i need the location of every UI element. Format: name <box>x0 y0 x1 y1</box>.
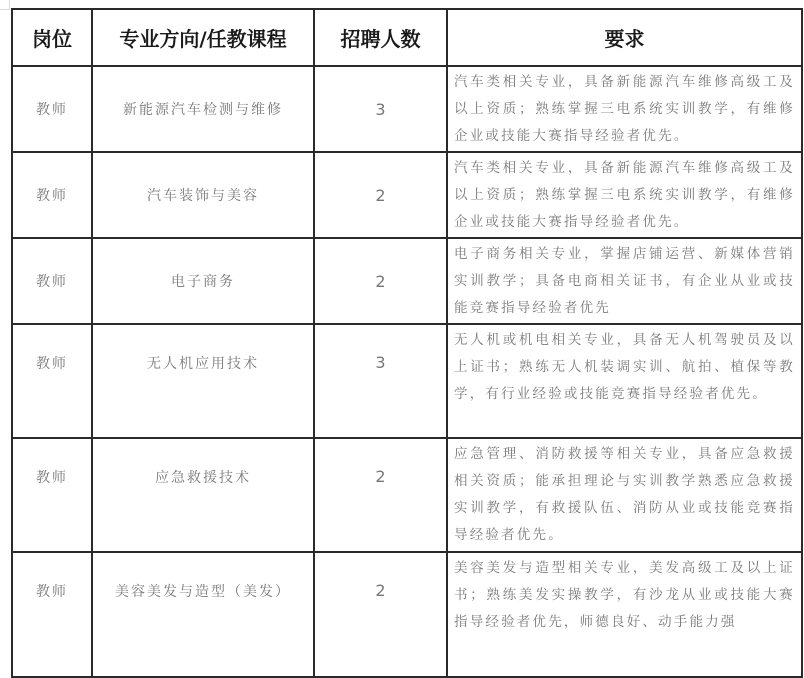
cell-requirement: 无人机或机电相关专业，具备无人机驾驶员及以上证书；熟练无人机装调实训、航拍、植保… <box>447 324 802 438</box>
cell-count: 3 <box>314 324 447 438</box>
table-row: 教师 美容美发与造型（美发） 2 美容美发与造型相关专业，美发高级工及以上证书；… <box>12 552 802 677</box>
table-row: 教师 应急救援技术 2 应急管理、消防救援等相关专业，具备应急救援相关资质；能承… <box>12 438 802 552</box>
cell-count: 2 <box>314 438 447 552</box>
cell-requirement: 电子商务相关专业，掌握店铺运营、新媒体营销实训教学；具备电商相关证书，有企业从业… <box>447 238 802 324</box>
cell-position: 教师 <box>12 552 92 677</box>
cell-requirement: 美容美发与造型相关专业，美发高级工及以上证书；熟练美发实操教学，有沙龙从业或技能… <box>447 552 802 677</box>
cell-position: 教师 <box>12 66 92 152</box>
cell-course: 美容美发与造型（美发） <box>92 552 314 677</box>
cell-requirement: 应急管理、消防救援等相关专业，具备应急救援相关资质；能承担理论与实训教学熟悉应急… <box>447 438 802 552</box>
cell-course: 电子商务 <box>92 238 314 324</box>
cell-position: 教师 <box>12 238 92 324</box>
cell-count: 2 <box>314 238 447 324</box>
cell-position: 教师 <box>12 438 92 552</box>
cell-position: 教师 <box>12 152 92 238</box>
table-row: 教师 汽车装饰与美容 2 汽车类相关专业，具备新能源汽车维修高级工及以上资质；熟… <box>12 152 802 238</box>
cell-count: 3 <box>314 66 447 152</box>
cell-requirement: 汽车类相关专业，具备新能源汽车维修高级工及以上资质；熟练掌握三电系统实训教学，有… <box>447 152 802 238</box>
cell-requirement: 汽车类相关专业，具备新能源汽车维修高级工及以上资质；熟练掌握三电系统实训教学，有… <box>447 66 802 152</box>
header-requirement: 要求 <box>447 9 802 66</box>
header-course: 专业方向/任教课程 <box>92 9 314 66</box>
cell-position: 教师 <box>12 324 92 438</box>
cell-count: 2 <box>314 552 447 677</box>
table-row: 教师 新能源汽车检测与维修 3 汽车类相关专业，具备新能源汽车维修高级工及以上资… <box>12 66 802 152</box>
cell-course: 无人机应用技术 <box>92 324 314 438</box>
cell-course: 汽车装饰与美容 <box>92 152 314 238</box>
table-row: 教师 无人机应用技术 3 无人机或机电相关专业，具备无人机驾驶员及以上证书；熟练… <box>12 324 802 438</box>
header-position: 岗位 <box>12 9 92 66</box>
cell-count: 2 <box>314 152 447 238</box>
recruitment-table: 岗位 专业方向/任教课程 招聘人数 要求 教师 新能源汽车检测与维修 3 汽车类… <box>11 8 803 678</box>
cell-course: 应急救援技术 <box>92 438 314 552</box>
header-count: 招聘人数 <box>314 9 447 66</box>
table-header-row: 岗位 专业方向/任教课程 招聘人数 要求 <box>12 9 802 66</box>
page-corner-mark <box>0 0 10 10</box>
cell-course: 新能源汽车检测与维修 <box>92 66 314 152</box>
table-row: 教师 电子商务 2 电子商务相关专业，掌握店铺运营、新媒体营销实训教学；具备电商… <box>12 238 802 324</box>
